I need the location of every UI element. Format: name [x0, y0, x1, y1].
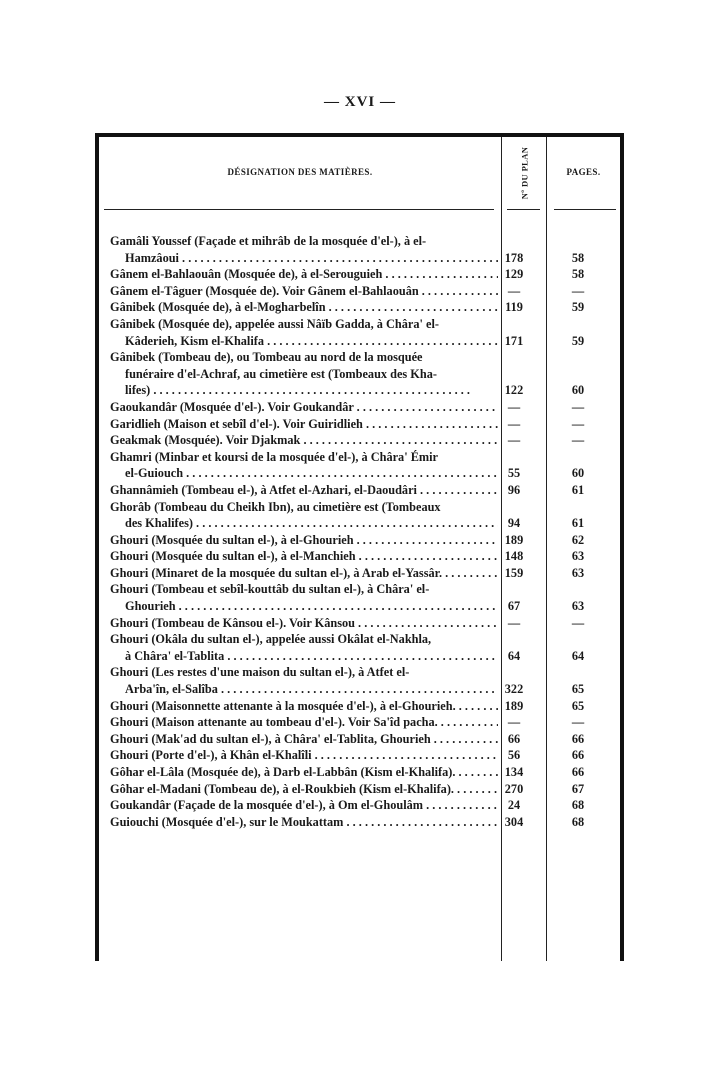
entry-line: Ghouri (Mosquée du sultan el-), à el-Man… — [110, 548, 498, 565]
entry-page: 63 — [548, 565, 608, 582]
entry-line: Gaoukandâr (Mosquée d'el-). Voir Goukand… — [110, 399, 498, 416]
entry-line: el-Guiouch — [110, 465, 498, 482]
entry-page: — — [548, 615, 608, 632]
entry-plan-number: 96 — [494, 482, 534, 499]
entry-line: Ghouri (Tombeau de Kânsou el-). Voir Kân… — [110, 615, 498, 632]
entry-page: 66 — [548, 731, 608, 748]
entry-page: 61 — [548, 515, 608, 532]
entry-plan-number: 67 — [494, 598, 534, 615]
index-entry: Ghannâmieh (Tombeau el-), à Atfet el-Azh… — [110, 482, 616, 499]
entry-designation: Ghouri (Tombeau et sebîl-kouttâb du sult… — [110, 581, 498, 614]
entry-page: 68 — [548, 797, 608, 814]
entry-plan-number: 94 — [494, 515, 534, 532]
entry-plan-number: 66 — [494, 731, 534, 748]
entry-line: Ghourieh — [110, 598, 498, 615]
entry-line: Ghannâmieh (Tombeau el-), à Atfet el-Azh… — [110, 482, 498, 499]
entry-page: 59 — [548, 333, 608, 350]
entry-page: — — [548, 432, 608, 449]
entry-line: Goukandâr (Façade de la mosquée d'el-), … — [110, 797, 498, 814]
entry-plan-number: 304 — [494, 814, 534, 831]
entry-line: Ghouri (Les restes d'une maison du sulta… — [110, 664, 498, 681]
entry-plan-number: — — [494, 432, 534, 449]
entry-plan-number: 129 — [494, 266, 534, 283]
entry-designation: Ghamri (Minbar et koursi de la mosquée d… — [110, 449, 498, 482]
entry-plan-number: 24 — [494, 797, 534, 814]
entry-designation: Garidlieh (Maison et sebîl d'el-). Voir … — [110, 416, 498, 433]
index-entry: Gânibek (Mosquée de), appelée aussi Nâïb… — [110, 316, 616, 349]
entry-line: Ghouri (Mak'ad du sultan el-), à Châra' … — [110, 731, 498, 748]
entry-page: 64 — [548, 648, 608, 665]
entry-page: 66 — [548, 747, 608, 764]
index-entry: Goukandâr (Façade de la mosquée d'el-), … — [110, 797, 616, 814]
entry-line: Garidlieh (Maison et sebîl d'el-). Voir … — [110, 416, 498, 433]
entry-designation: Gaoukandâr (Mosquée d'el-). Voir Goukand… — [110, 399, 498, 416]
entry-plan-number: — — [494, 416, 534, 433]
entry-page: 62 — [548, 532, 608, 549]
entry-designation: Geakmak (Mosquée). Voir Djakmak — [110, 432, 498, 449]
entry-page: 67 — [548, 781, 608, 798]
entry-page: 68 — [548, 814, 608, 831]
entry-line: Gânibek (Tombeau de), ou Tombeau au nord… — [110, 349, 498, 366]
index-entry: Ghouri (Tombeau de Kânsou el-). Voir Kân… — [110, 615, 616, 632]
entry-line: Gânem el-Tâguer (Mosquée de). Voir Gânem… — [110, 283, 498, 300]
entry-page: 63 — [548, 598, 608, 615]
entry-line: Gânibek (Mosquée de), appelée aussi Nâïb… — [110, 316, 498, 333]
entry-designation: Gôhar el-Lâla (Mosquée de), à Darb el-La… — [110, 764, 498, 781]
index-entry: Ghouri (Porte d'el-), à Khân el-Khalîli5… — [110, 747, 616, 764]
entry-designation: Ghorâb (Tombeau du Cheikh Ibn), au cimet… — [110, 499, 498, 532]
entry-line: Geakmak (Mosquée). Voir Djakmak — [110, 432, 498, 449]
entry-line: Ghouri (Tombeau et sebîl-kouttâb du sult… — [110, 581, 498, 598]
entry-plan-number: 55 — [494, 465, 534, 482]
index-entry: Gânem el-Bahlaouân (Mosquée de), à el-Se… — [110, 266, 616, 283]
entry-plan-number: 119 — [494, 299, 534, 316]
entry-designation: Gânem el-Bahlaouân (Mosquée de), à el-Se… — [110, 266, 498, 283]
entry-designation: Guiouchi (Mosquée d'el-), sur le Moukatt… — [110, 814, 498, 831]
entry-line: Hamzâoui — [110, 250, 498, 267]
entry-page: — — [548, 283, 608, 300]
entry-designation: Ghannâmieh (Tombeau el-), à Atfet el-Azh… — [110, 482, 498, 499]
index-entry: Ghouri (Mosquée du sultan el-), à el-Man… — [110, 548, 616, 565]
entry-plan-number: 322 — [494, 681, 534, 698]
index-entry: Geakmak (Mosquée). Voir Djakmak—— — [110, 432, 616, 449]
entry-designation: Ghouri (Les restes d'une maison du sulta… — [110, 664, 498, 697]
entry-designation: Gânem el-Tâguer (Mosquée de). Voir Gânem… — [110, 283, 498, 300]
entry-plan-number: 171 — [494, 333, 534, 350]
entry-plan-number: — — [494, 283, 534, 300]
entry-line: Gôhar el-Madani (Tombeau de), à el-Roukb… — [110, 781, 498, 798]
entry-designation: Gânibek (Tombeau de), ou Tombeau au nord… — [110, 349, 498, 399]
page-number: — XVI — — [0, 94, 720, 111]
entry-designation: Ghouri (Okâla du sultan el-), appelée au… — [110, 631, 498, 664]
index-entry: Gânibek (Mosquée de), à el-Mogharbelîn11… — [110, 299, 616, 316]
entry-designation: Ghouri (Porte d'el-), à Khân el-Khalîli — [110, 747, 498, 764]
entry-plan-number: 64 — [494, 648, 534, 665]
header-rule — [104, 209, 494, 210]
index-entry: Ghouri (Minaret de la mosquée du sultan … — [110, 565, 616, 582]
entry-plan-number: 122 — [494, 382, 534, 399]
header-pages: PAGES. — [547, 167, 620, 177]
entry-plan-number: 159 — [494, 565, 534, 582]
index-entry: Ghouri (Maison attenante au tombeau d'el… — [110, 714, 616, 731]
entry-line: Gânem el-Bahlaouân (Mosquée de), à el-Se… — [110, 266, 498, 283]
header-plan-number: Nº DU PLAN — [503, 139, 545, 207]
index-entry: Ghamri (Minbar et koursi de la mosquée d… — [110, 449, 616, 482]
entry-page: 65 — [548, 681, 608, 698]
index-entry: Gôhar el-Madani (Tombeau de), à el-Roukb… — [110, 781, 616, 798]
entry-page: 59 — [548, 299, 608, 316]
index-table: DÉSIGNATION DES MATIÈRES. Nº DU PLAN PAG… — [95, 133, 624, 961]
entry-designation: Gamâli Youssef (Façade et mihrâb de la m… — [110, 233, 498, 266]
entry-line: Arba'în, el-Salîba — [110, 681, 498, 698]
entry-page: 65 — [548, 698, 608, 715]
entry-designation: Goukandâr (Façade de la mosquée d'el-), … — [110, 797, 498, 814]
entry-page: — — [548, 416, 608, 433]
entry-designation: Ghouri (Mosquée du sultan el-), à el-Gho… — [110, 532, 498, 549]
entry-plan-number: 56 — [494, 747, 534, 764]
entry-line: des Khalifes) — [110, 515, 498, 532]
entry-designation: Ghouri (Maison attenante au tombeau d'el… — [110, 714, 498, 731]
entry-designation: Ghouri (Minaret de la mosquée du sultan … — [110, 565, 498, 582]
entry-page: — — [548, 714, 608, 731]
entry-page: 58 — [548, 250, 608, 267]
entry-line: Gânibek (Mosquée de), à el-Mogharbelîn — [110, 299, 498, 316]
index-entry: Ghouri (Maisonnette attenante à la mosqu… — [110, 698, 616, 715]
entry-page: 58 — [548, 266, 608, 283]
entry-designation: Ghouri (Maisonnette attenante à la mosqu… — [110, 698, 498, 715]
index-entry: Gaoukandâr (Mosquée d'el-). Voir Goukand… — [110, 399, 616, 416]
entry-line: Ghouri (Minaret de la mosquée du sultan … — [110, 565, 498, 582]
entry-designation: Ghouri (Mosquée du sultan el-), à el-Man… — [110, 548, 498, 565]
entry-line: Guiouchi (Mosquée d'el-), sur le Moukatt… — [110, 814, 498, 831]
entry-line: funéraire d'el-Achraf, au cimetière est … — [110, 366, 498, 383]
entry-plan-number: 148 — [494, 548, 534, 565]
entry-plan-number: 189 — [494, 532, 534, 549]
entry-line: Ghouri (Mosquée du sultan el-), à el-Gho… — [110, 532, 498, 549]
entry-designation: Gânibek (Mosquée de), à el-Mogharbelîn — [110, 299, 498, 316]
entry-designation: Ghouri (Tombeau de Kânsou el-). Voir Kân… — [110, 615, 498, 632]
index-entry: Ghouri (Tombeau et sebîl-kouttâb du sult… — [110, 581, 616, 614]
entry-designation: Gânibek (Mosquée de), appelée aussi Nâïb… — [110, 316, 498, 349]
index-entry: Gamâli Youssef (Façade et mihrâb de la m… — [110, 233, 616, 266]
entry-plan-number: — — [494, 714, 534, 731]
entry-line: Ghamri (Minbar et koursi de la mosquée d… — [110, 449, 498, 466]
entry-plan-number: — — [494, 615, 534, 632]
index-entry: Ghouri (Mak'ad du sultan el-), à Châra' … — [110, 731, 616, 748]
entry-page: 63 — [548, 548, 608, 565]
entry-plan-number: 270 — [494, 781, 534, 798]
entry-page: — — [548, 399, 608, 416]
entry-line: Gamâli Youssef (Façade et mihrâb de la m… — [110, 233, 498, 250]
entry-designation: Ghouri (Mak'ad du sultan el-), à Châra' … — [110, 731, 498, 748]
header-rule — [554, 209, 616, 210]
index-entry: Ghorâb (Tombeau du Cheikh Ibn), au cimet… — [110, 499, 616, 532]
entry-plan-number: 189 — [494, 698, 534, 715]
entry-page: 61 — [548, 482, 608, 499]
index-entry: Ghouri (Okâla du sultan el-), appelée au… — [110, 631, 616, 664]
entry-line: Ghouri (Maison attenante au tombeau d'el… — [110, 714, 498, 731]
index-entry: Ghouri (Mosquée du sultan el-), à el-Gho… — [110, 532, 616, 549]
index-entry: Ghouri (Les restes d'une maison du sulta… — [110, 664, 616, 697]
entry-line: Ghouri (Porte d'el-), à Khân el-Khalîli — [110, 747, 498, 764]
entry-line: à Châra' el-Tablita — [110, 648, 498, 665]
table-body: Gamâli Youssef (Façade et mihrâb de la m… — [110, 233, 616, 830]
entry-line: Ghouri (Okâla du sultan el-), appelée au… — [110, 631, 498, 648]
entry-line: Kâderieh, Kism el-Khalifa — [110, 333, 498, 350]
entry-page: 60 — [548, 465, 608, 482]
index-entry: Gânem el-Tâguer (Mosquée de). Voir Gânem… — [110, 283, 616, 300]
index-entry: Garidlieh (Maison et sebîl d'el-). Voir … — [110, 416, 616, 433]
index-entry: Gôhar el-Lâla (Mosquée de), à Darb el-La… — [110, 764, 616, 781]
header-rule — [507, 209, 540, 210]
entry-page: 60 — [548, 382, 608, 399]
entry-plan-number: 134 — [494, 764, 534, 781]
entry-line: Ghorâb (Tombeau du Cheikh Ibn), au cimet… — [110, 499, 498, 516]
index-entry: Guiouchi (Mosquée d'el-), sur le Moukatt… — [110, 814, 616, 831]
entry-plan-number: 178 — [494, 250, 534, 267]
entry-plan-number: — — [494, 399, 534, 416]
entry-page: 66 — [548, 764, 608, 781]
entry-designation: Gôhar el-Madani (Tombeau de), à el-Roukb… — [110, 781, 498, 798]
entry-line: Ghouri (Maisonnette attenante à la mosqu… — [110, 698, 498, 715]
entry-line: lifes) — [110, 382, 498, 399]
entry-line: Gôhar el-Lâla (Mosquée de), à Darb el-La… — [110, 764, 498, 781]
header-designation: DÉSIGNATION DES MATIÈRES. — [99, 167, 501, 177]
index-entry: Gânibek (Tombeau de), ou Tombeau au nord… — [110, 349, 616, 399]
